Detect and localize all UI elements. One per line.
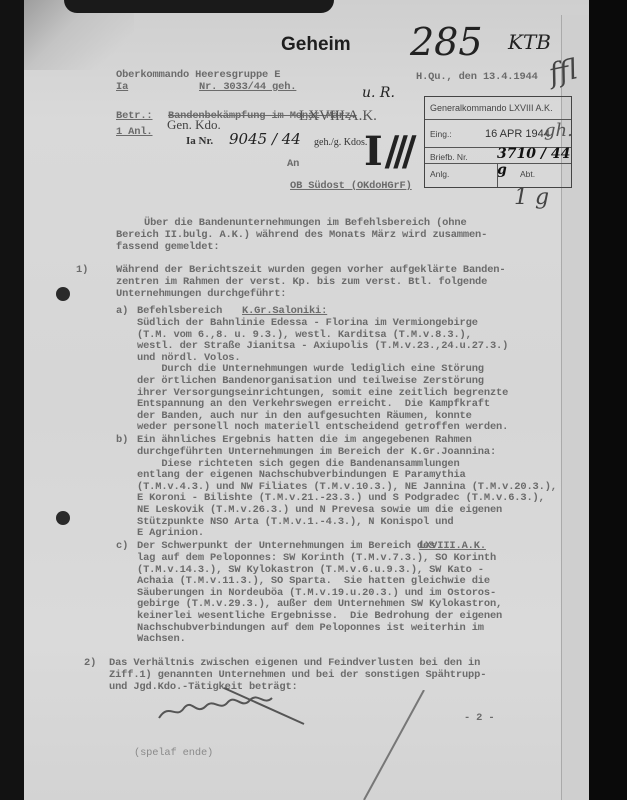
intro-line: Über die Bandenunternehmungen im Befehls… — [144, 218, 467, 229]
subsection-line: (T.M. vom 6.,8. u. 9.3.), westl. Kardits… — [137, 330, 472, 341]
subsection-letter: b) — [116, 435, 128, 446]
subsection-line: und nördl. Volos. — [137, 353, 240, 364]
section-number: 2) — [84, 658, 96, 669]
punch-hole — [56, 287, 70, 301]
scan-frame-left — [0, 0, 24, 800]
subsection-line: Achaia (T.M.v.11.3.), SO Sparta. Sie hat… — [137, 576, 490, 587]
receipt-eing-label: Eing.: — [430, 129, 452, 139]
subsection-line: keinerlei wesentliche Ergebnisse. Die Be… — [137, 611, 502, 622]
subsection-line: Entspannung an den Verkehrswegen erreich… — [137, 399, 490, 410]
pen-stroke — [354, 690, 434, 800]
stamp-divider — [425, 163, 571, 164]
subsection-line: Diese richteten sich gegen die Bandenans… — [137, 459, 460, 470]
subsection-line: Südlich der Bahnlinie Edessa - Florina i… — [137, 318, 478, 329]
subsection-heading: Befehlsbereich — [137, 306, 222, 317]
margin-mark-top-right: ffl — [546, 52, 580, 90]
subsection-line: (T.M.v.4.3.) und NW Filiates (T.M.v.10.3… — [137, 482, 557, 493]
subsection-letter: c) — [116, 541, 128, 552]
margin-mark-small: 1 g — [514, 185, 549, 210]
subsection-letter: a) — [116, 306, 128, 317]
subsection-heading-underlined: K.Gr.Saloniki: — [242, 306, 327, 317]
margin-mark-large: I /// — [364, 128, 410, 175]
subject-label: Betr.: — [116, 111, 153, 122]
subsection-line: weder personell noch materiell entscheid… — [137, 422, 508, 433]
subsection-line: lag auf dem Peloponnes: SW Korinth (T.M.… — [137, 553, 496, 564]
receipt-stamp-title: Generalkommando LXVIII A.K. — [430, 103, 553, 113]
classification-heading: Geheim — [281, 34, 351, 56]
subsection-line: ihrer Versorgungseinrichtungen, somit ei… — [137, 388, 508, 399]
subsection-heading: Ein ähnliches Ergebnis hatten die im ang… — [137, 435, 472, 446]
document-page: Geheim 285 KTB ffl Oberkommando Heeresgr… — [24, 0, 590, 800]
receipt-briefb-label: Briefb. Nr. — [430, 152, 468, 162]
overlay-stamp-ia-nr-suffix: geh./g. Kdos. — [314, 137, 367, 148]
subsection-line: (T.M.v.14.3.), SW Kylokastron (T.M.v.6.u… — [137, 565, 484, 576]
subsection-line: westl. der Straße Jianitsa - Axiupolis (… — [137, 341, 508, 352]
overlay-stamp-gen-kdo: Gen. Kdo. — [167, 117, 221, 133]
subsection-heading: Der Schwerpunkt der Unternehmungen im Be… — [137, 541, 435, 552]
receipt-eing-date: 16 APR 1944 — [485, 128, 550, 140]
receipt-stamp: Generalkommando LXVIII A.K. Eing.: 16 AP… — [424, 96, 572, 188]
subsection-line: gebirge (T.M.v.29.3.), außer dem Unterne… — [137, 599, 502, 610]
scan-frame-right — [589, 0, 627, 800]
mirrored-footer-text: (spelaf ende) — [134, 748, 213, 759]
addressee-an: An — [287, 159, 299, 170]
sender-dept: Ia — [116, 82, 128, 93]
subsection-heading-underlined: LXVIII.A.K. — [419, 541, 486, 552]
section-line: Das Verhältnis zwischen eigenen und Fein… — [109, 658, 480, 669]
subsection-line: Wachsen. — [137, 634, 186, 645]
receipt-abt-label: Abt. — [520, 169, 535, 179]
handwritten-suffix: KTB — [508, 30, 551, 54]
sender-ref: Nr. 3033/44 geh. — [199, 82, 296, 93]
binder-clip — [64, 0, 334, 13]
section-line: Unternehmungen durchgeführt: — [116, 289, 286, 300]
handwritten-initials: u. R. — [362, 85, 395, 101]
subsection-line: E Agrinion. — [137, 528, 204, 539]
page-marker: - 2 - — [464, 713, 494, 724]
subsection-line: durchgeführten Unternehmungen im Bereich… — [137, 447, 496, 458]
overlay-stamp-ia-nr-label: Ia Nr. — [186, 135, 213, 147]
attachment-label: 1 Anl. — [116, 127, 153, 138]
subsection-line: der örtlichen Bandenorganisation und tei… — [137, 376, 484, 387]
section-number: 1) — [76, 265, 88, 276]
punch-hole — [56, 511, 70, 525]
subsection-line: Säuberungen in Nordeuböa (T.M.v.19.u.20.… — [137, 588, 496, 599]
place-date: H.Qu., den 13.4.1944 — [416, 72, 538, 83]
receipt-anlg-label: Anlg. — [430, 169, 449, 179]
subsection-line: Stützpunkte NSO Arta (T.M.v.1.-4.3.), N … — [137, 517, 453, 528]
intro-line: Bereich II.bulg. A.K.) während des Monat… — [116, 230, 487, 241]
margin-initials-right: gh. — [544, 120, 573, 141]
overlay-stamp-ia-nr-hand: 9045 / 44 — [229, 130, 301, 148]
intro-line: fassend gemeldet: — [116, 242, 219, 253]
signature-scribble — [154, 680, 324, 730]
subsection-line: entlang der eigenen Nachschubverbindunge… — [137, 470, 466, 481]
subsection-line: der Banden, auch nur in den aufgesuchten… — [137, 411, 472, 422]
stamp-column-divider — [497, 163, 498, 187]
subsection-line: E Koroni - Bilishte (T.M.v.21.-23.3.) un… — [137, 493, 545, 504]
handwritten-number: 285 — [410, 20, 483, 64]
section-line: Während der Berichtszeit wurden gegen vo… — [116, 265, 505, 276]
overlay-stamp-corps: LXVIII A.K. — [299, 108, 377, 125]
subsection-line: NE Leskovik (T.M.v.26.3.) und N Prevesa … — [137, 505, 502, 516]
subsection-line: Durch die Unternehmungen wurde lediglich… — [137, 364, 484, 375]
addressee-name: OB Südost (OKdoHGrF) — [290, 181, 412, 192]
subsection-line: Nachschubverbindungen auf dem Peloponnes… — [137, 623, 484, 634]
sender-line-1: Oberkommando Heeresgruppe E — [116, 70, 280, 81]
section-line: zentren im Rahmen der verst. Kp. bis zum… — [116, 277, 487, 288]
